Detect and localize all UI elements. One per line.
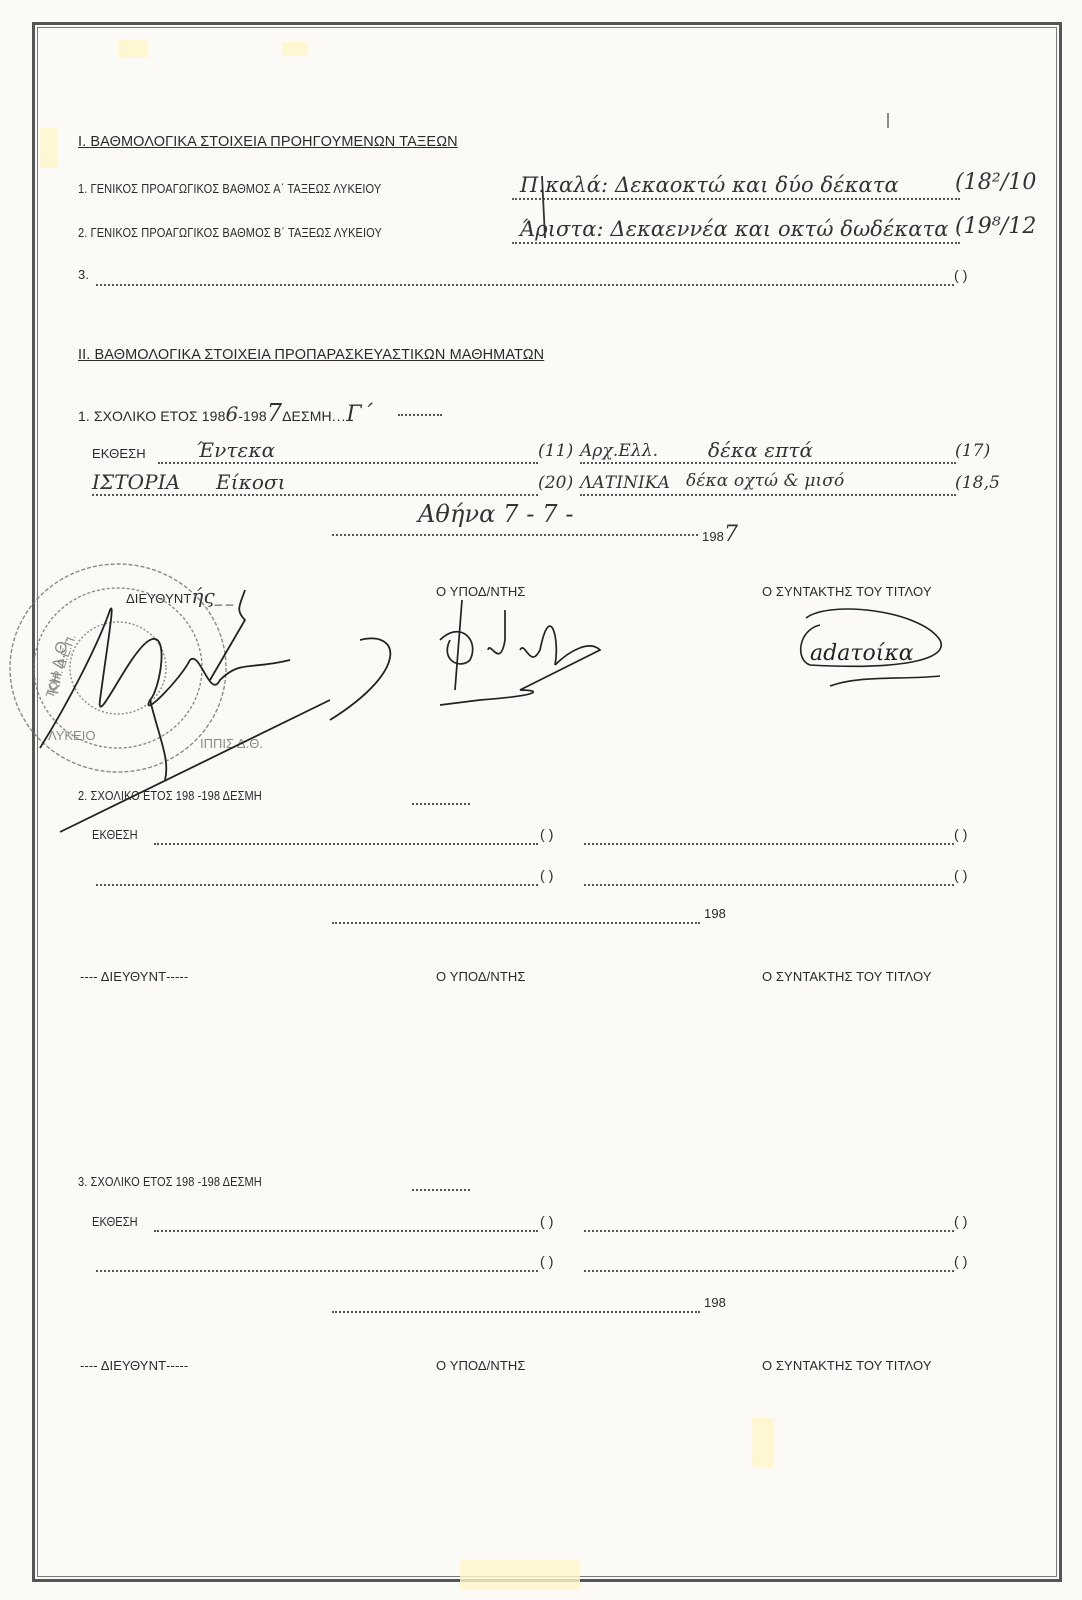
fill-line — [584, 1230, 954, 1232]
fill-line — [584, 843, 954, 845]
block3-title: 3. ΣΧΟΛΙΚΟ ΕΤΟΣ 198 -198 ΔΕΣΜΗ — [78, 1174, 262, 1189]
fill-line — [412, 1189, 470, 1191]
author-signature: adaτοίκα — [801, 609, 942, 686]
author-label: Ο ΣΥΝΤΑΚΤΗΣ ΤΟΥ ΤΙΤΛΟΥ — [762, 969, 932, 984]
year-suffix: 198 — [704, 906, 726, 921]
subject-label: ΕΚΘΕΣΗ — [92, 1214, 138, 1229]
svg-text:ΛΥΚΕΙΟ: ΛΥΚΕΙΟ — [48, 728, 95, 743]
school-stamp-icon: ΛΥΚΕΙΟ ΙΠΠΙΣ Δ.Θ. ΤΟΙΡ. Δ.Ε.Π. ΚΗ Δ.Θ. — [10, 564, 263, 772]
subject-label: ΕΚΘΕΣΗ — [92, 827, 138, 842]
fill-line — [96, 1270, 538, 1272]
fill-line — [584, 884, 954, 886]
fill-line — [584, 1270, 954, 1272]
grade-paren: ( ) — [540, 1213, 554, 1229]
fill-line — [412, 803, 470, 805]
block2-title: 2. ΣΧΟΛΙΚΟ ΕΤΟΣ 198 -198 ΔΕΣΜΗ — [78, 788, 262, 803]
fill-line — [154, 843, 538, 845]
grade-paren: ( ) — [954, 1213, 968, 1229]
grade-paren: ( ) — [540, 867, 554, 883]
deputy-signature — [440, 600, 600, 705]
fill-line — [332, 922, 700, 924]
grade-paren: ( ) — [954, 826, 968, 842]
deputy-label: Ο ΥΠΟΔ/ΝΤΗΣ — [436, 1358, 526, 1373]
svg-text:adaτοίκα: adaτοίκα — [810, 641, 914, 666]
director-label: ---- ΔΙΕΥΘΥΝΤ----- — [80, 969, 188, 984]
author-label: Ο ΣΥΝΤΑΚΤΗΣ ΤΟΥ ΤΙΤΛΟΥ — [762, 1358, 932, 1373]
director-label: ---- ΔΙΕΥΘΥΝΤ----- — [80, 1358, 188, 1373]
grade-paren: ( ) — [954, 1253, 968, 1269]
grade-paren: ( ) — [954, 867, 968, 883]
grade-paren: ( ) — [540, 1253, 554, 1269]
fill-line — [96, 884, 538, 886]
fill-line — [154, 1230, 538, 1232]
deputy-label: Ο ΥΠΟΔ/ΝΤΗΣ — [436, 969, 526, 984]
year-suffix: 198 — [704, 1295, 726, 1310]
fill-line — [332, 1311, 700, 1313]
grade-paren: ( ) — [540, 826, 554, 842]
